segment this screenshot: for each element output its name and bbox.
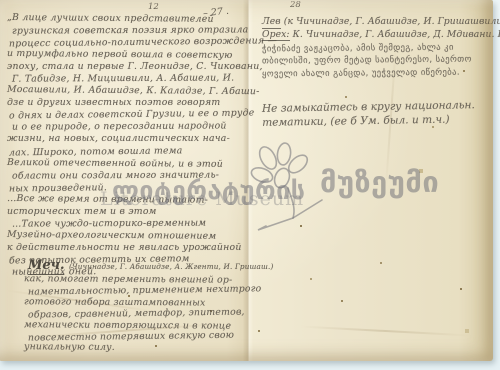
left-page-handwritten-text: „В лице лучших своих представителей груз…: [7, 13, 245, 278]
handwritten-line: Лев (к Чичинадзе, Г. Абашидзе, И. Гришаш…: [262, 16, 500, 29]
page-number-12: 12: [148, 2, 159, 12]
left-page-bottom-paragraph: как, помогает переменить внешней ор- нам…: [24, 274, 249, 354]
heading-author-names: (Чичинадзе, Г. Абашидзе, А. Жгенти, И. Г…: [69, 262, 274, 271]
paper-specks: [0, 0, 2, 2]
handwritten-line: Музейно-археологическим отношением: [7, 229, 245, 243]
handwritten-line: жизни, на новых, социалистических нача-: [7, 133, 245, 145]
section-heading-mech: Меч. (Чичинадзе, Г. Абашидзе, А. Жгенти,…: [28, 258, 274, 273]
handwritten-line: …Все же время от времени пытают-: [7, 193, 245, 207]
handwritten-line: исторических тем и в этом: [7, 206, 245, 218]
handwritten-line: тематики, (ее б Ум. был. и т.ч.): [262, 112, 475, 130]
right-page-note: Не замыкайтесь в кругу национальн. темат…: [262, 98, 475, 130]
handwritten-line: и о ее природе, о пересоздании народной: [12, 121, 245, 134]
handwritten-line: уникальную силу.: [24, 342, 249, 355]
manuscript-paper-spread: 12 – 27 . 28 „В лице лучших своих предст…: [0, 0, 493, 361]
page-number-28: 28: [290, 0, 301, 10]
handwritten-line: Орех: К. Чичинадзе, Г. Абашидзе, Д. Мдив…: [262, 29, 500, 42]
handwritten-line: Великой отечественной войны, и в этой: [7, 157, 245, 171]
handwritten-line: и триумфально первой вошла в советскую: [7, 48, 245, 62]
paper-crease: [300, 326, 470, 337]
handwritten-line: Мосашвили, И. Абашидзе, К. Каладзе, Г. А…: [7, 84, 245, 98]
manuscript-scan-viewport: 12 – 27 . 28 „В лице лучших своих предст…: [0, 0, 500, 370]
right-page-handwritten-text: Лев (к Чичинадзе, Г. Абашидзе, И. Гришаш…: [262, 16, 500, 80]
georgian-handwritten-line: ყოველი ახალი განცდა, უეჭველად იწერება.: [262, 66, 500, 82]
handwritten-line: эпоху, стала и первые Г. Леонидзе, С. Чи…: [7, 61, 245, 73]
